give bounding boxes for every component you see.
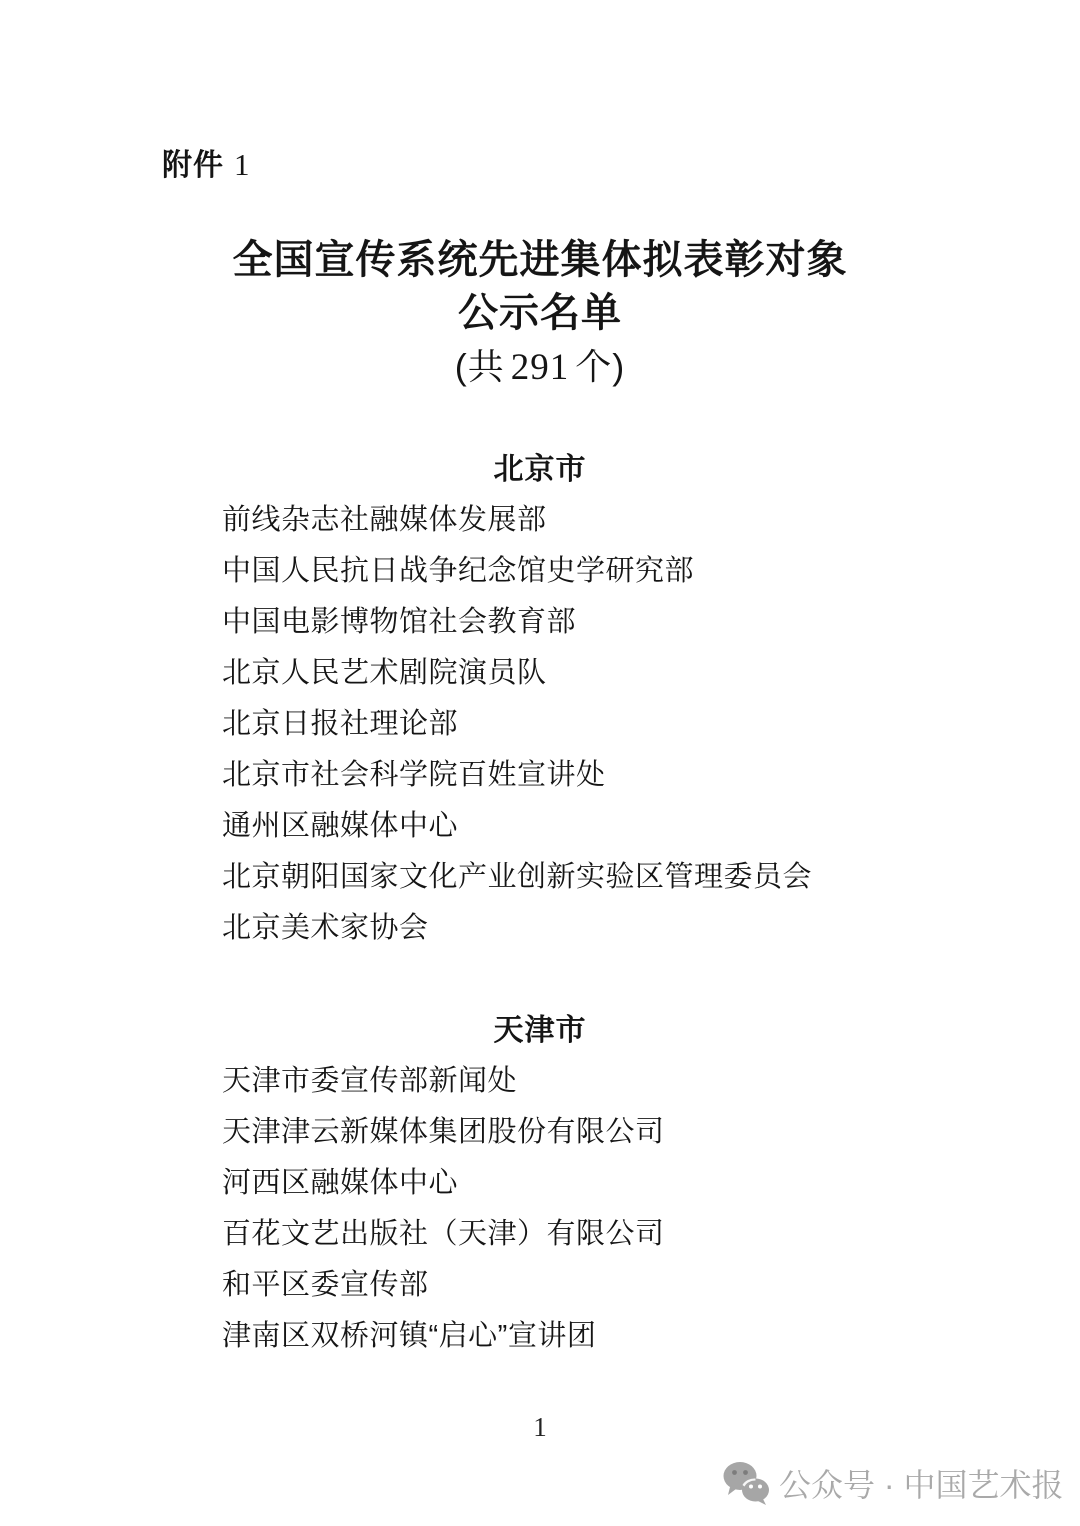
section-header-tianjin: 天津市 [0,1005,1080,1056]
wechat-icon [722,1461,770,1505]
page-number: 1 [0,1412,1080,1443]
document-title: 全国宣传系统先进集体拟表彰对象 公示名单 (共291个) [0,234,1080,394]
list-item: 和平区委宣传部 [0,1260,1080,1311]
title-count-line: (共291个) [0,340,1080,394]
list-item: 百花文艺出版社（天津）有限公司 [0,1209,1080,1260]
section-header-beijing: 北京市 [0,444,1080,495]
title-count-suffix: 个) [575,346,625,387]
attachment-label-text: 附件 [162,149,224,182]
list-item: 中国人民抗日战争纪念馆史学研究部 [0,546,1080,597]
list-item: 天津津云新媒体集团股份有限公司 [0,1107,1080,1158]
award-list: 北京市 前线杂志社融媒体发展部 中国人民抗日战争纪念馆史学研究部 中国电影博物馆… [0,444,1080,1362]
wechat-watermark: 公众号 · 中国艺术报 [722,1460,1063,1506]
list-item: 北京日报社理论部 [0,699,1080,750]
list-item: 中国电影博物馆社会教育部 [0,597,1080,648]
list-item: 津南区双桥河镇“启心”宣讲团 [0,1311,1080,1362]
list-item: 前线杂志社融媒体发展部 [0,495,1080,546]
document-page: 附件1 全国宣传系统先进集体拟表彰对象 公示名单 (共291个) 北京市 前线杂… [0,0,1080,1526]
list-item: 北京美术家协会 [0,903,1080,954]
list-item: 通州区融媒体中心 [0,801,1080,852]
title-count-value: 291 [505,347,576,388]
attachment-label: 附件1 [162,140,251,184]
title-count-prefix: (共 [455,346,505,387]
title-line-2: 公示名单 [0,287,1080,340]
list-item: 北京人民艺术剧院演员队 [0,648,1080,699]
list-item: 河西区融媒体中心 [0,1158,1080,1209]
attachment-number: 1 [234,147,251,182]
list-item: 北京朝阳国家文化产业创新实验区管理委员会 [0,852,1080,903]
list-item: 天津市委宣传部新闻处 [0,1056,1080,1107]
list-item: 北京市社会科学院百姓宣讲处 [0,750,1080,801]
title-line-1: 全国宣传系统先进集体拟表彰对象 [0,234,1080,287]
section-spacer [0,954,1080,1005]
watermark-text: 公众号 · 中国艺术报 [779,1460,1063,1506]
